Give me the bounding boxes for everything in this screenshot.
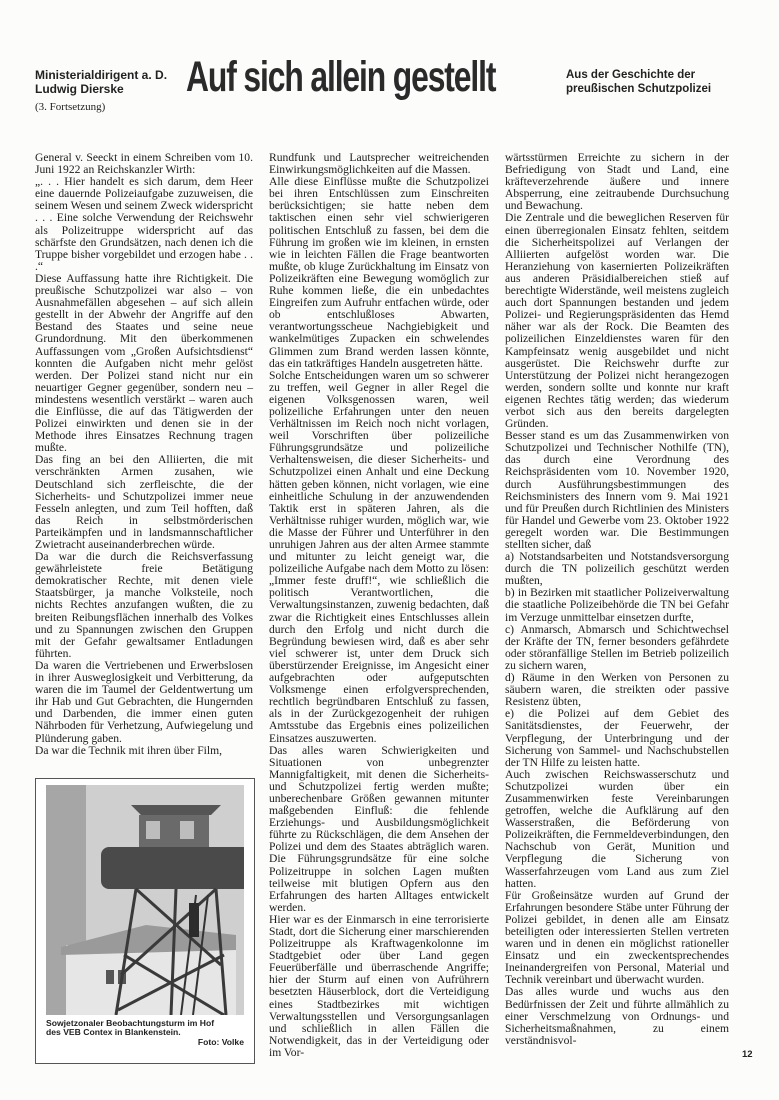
watchtower-photo [46, 785, 244, 1015]
paragraph: Das alles wurde und wuchs aus den Bedürf… [505, 986, 729, 1046]
paragraph: Diese Auffassung hatte ihre Richtigkeit.… [35, 273, 253, 454]
paragraph: Die Zentrale und die beweglichen Reserve… [505, 212, 729, 430]
paragraph: Rundfunk und Lautsprecher weitreichenden… [269, 152, 489, 176]
paragraph: General v. Seeckt in einem Schreiben vom… [35, 152, 253, 176]
list-item-d: d) Räume in den Werken von Personen zu s… [505, 672, 729, 708]
list-item-a: a) Notstandsarbeiten und Notstandsversor… [505, 551, 729, 587]
photo-credit: Foto: Volke [46, 1038, 244, 1047]
paragraph: Solche Entscheidungen waren um so schwer… [269, 370, 489, 745]
subtitle-line-2: preußischen Schutzpolizei [566, 82, 711, 96]
photo-figure: Sowjetzonaler Beobachtungsturm im Hof de… [35, 778, 255, 1064]
article-subtitle: Aus der Geschichte der preußischen Schut… [566, 68, 711, 96]
author-name: Ludwig Dierske [35, 82, 167, 96]
paragraph: wärtsstürmen Erreichte zu sichern in der… [505, 152, 729, 212]
paragraph: Da waren die Vertriebenen und Erwerbslos… [35, 660, 253, 745]
paragraph: „. . . Hier handelt es sich darum, dem H… [35, 176, 253, 273]
author-title: Ministerialdirigent a. D. [35, 68, 167, 82]
paragraph: Das fing an bei den Alliierten, die mit … [35, 454, 253, 551]
paragraph: Alle diese Einflüsse mußte die Schutzpol… [269, 176, 489, 370]
paragraph: Da war die durch die Reichsverfassung ge… [35, 551, 253, 660]
article-title: Auf sich allein gestellt [186, 52, 495, 102]
text-column-3: wärtsstürmen Erreichte zu sichern in der… [505, 152, 729, 1047]
paragraph: Besser stand es um das Zusammenwirken vo… [505, 430, 729, 551]
sequel-note: (3. Fortsetzung) [35, 101, 105, 113]
paragraph: Für Großeinsätze wurden auf Grund der Er… [505, 890, 729, 987]
list-item-c: c) Anmarsch, Abmarsch und Schichtwechsel… [505, 624, 729, 672]
author-block: Ministerialdirigent a. D. Ludwig Dierske [35, 68, 167, 96]
photo-caption: Sowjetzonaler Beobachtungsturm im Hof de… [46, 1019, 244, 1047]
list-item-b: b) in Bezirken mit staatlicher Polizeive… [505, 587, 729, 623]
paragraph: Das alles waren Schwierigkeiten und Situ… [269, 745, 489, 914]
text-column-2: Rundfunk und Lautsprecher weitreichenden… [269, 152, 489, 1059]
list-item-e: e) die Polizei auf dem Gebiet des Sanitä… [505, 708, 729, 768]
article-header: Ministerialdirigent a. D. Ludwig Dierske… [0, 58, 779, 128]
text-column-1: General v. Seeckt in einem Schreiben vom… [35, 152, 253, 757]
page-number: 12 [742, 1049, 753, 1060]
paragraph: Da war die Technik mit ihren über Film, [35, 745, 253, 757]
paragraph: Hier war es der Einmarsch in eine terror… [269, 914, 489, 1059]
watchtower-image-icon [46, 785, 244, 1015]
paragraph: Auch zwischen Reichswasserschutz und Sch… [505, 769, 729, 890]
subtitle-line-1: Aus der Geschichte der [566, 68, 711, 82]
